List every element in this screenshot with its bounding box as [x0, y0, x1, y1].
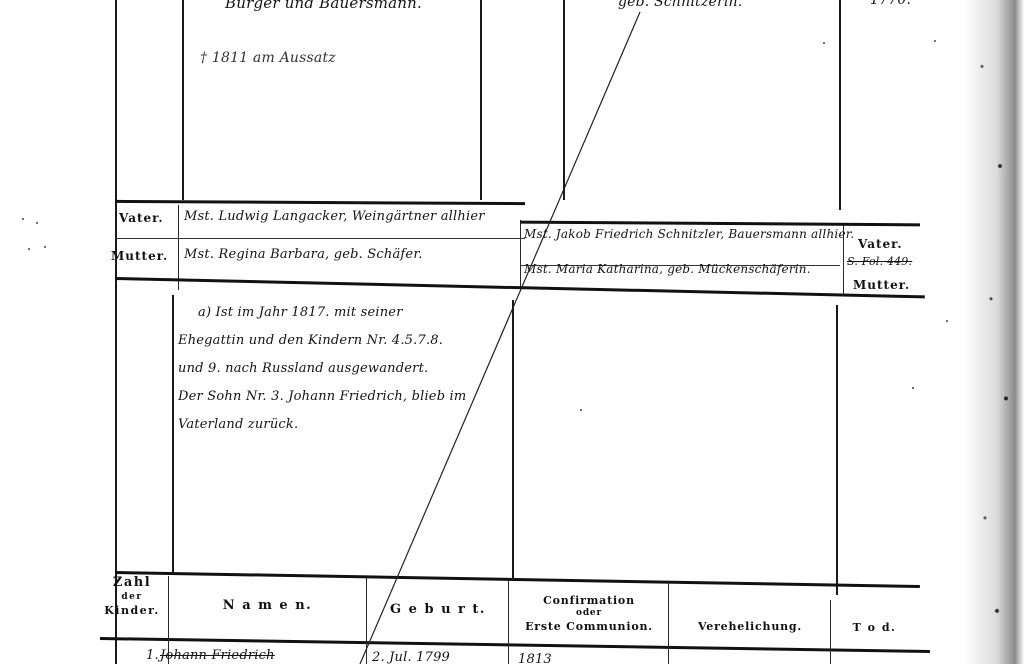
- vater-value-left: Mst. Ludwig Langacker, Weingärtner allhi…: [184, 209, 485, 224]
- header-number-line2: der: [100, 590, 164, 604]
- wife-column-line: geb. Schnitzerin.: [618, 0, 742, 10]
- diagonal-cancel-line: [0, 0, 1024, 664]
- death-note: † 1811 am Aussatz: [200, 50, 336, 66]
- mutter-label-left: Mutter.: [111, 249, 168, 263]
- mutter-label-right: Mutter.: [853, 278, 910, 292]
- remark-line-1: a) Ist im Jahr 1817. mit seiner: [198, 305, 403, 320]
- scan-speck: [580, 409, 582, 411]
- header-divider-4: [668, 582, 669, 664]
- remark-line-2: Ehegattin und den Kindern Nr. 4.5.7.8.: [178, 333, 443, 348]
- header-confirmation: Confirmation oder Erste Communion.: [510, 594, 668, 633]
- mutter-value-left: Mst. Regina Barbara, geb. Schäfer.: [184, 247, 423, 262]
- remark-line-5: Vaterland zurück.: [178, 417, 298, 432]
- header-number-line3: Kinder.: [100, 604, 164, 618]
- header-confirmation-line2: oder: [510, 607, 668, 620]
- scan-speck: [44, 246, 46, 248]
- remark-line-4: Der Sohn Nr. 3. Johann Friedrich, blieb …: [178, 389, 466, 404]
- header-divider-3: [508, 580, 509, 664]
- header-divider-5: [830, 600, 831, 664]
- page-edge-shadow: [964, 0, 1024, 664]
- vater-value-right: Mst. Jakob Friedrich Schnitzler, Bauersm…: [524, 227, 854, 241]
- occupation-line: Bürger und Bauersmann.: [225, 0, 422, 12]
- remark-line-3: und 9. nach Russland ausgewandert.: [178, 361, 428, 376]
- vater-label-right: Vater.: [858, 237, 903, 251]
- header-names: N a m e n.: [170, 598, 365, 613]
- child-1-number: 1.: [146, 648, 159, 663]
- mutter-value-right: Mst. Maria Katharina, geb. Mückenschäfer…: [524, 262, 811, 276]
- header-death: T o d.: [832, 621, 917, 634]
- child-1-name: Johann Friedrich: [160, 648, 275, 663]
- scan-speck: [36, 222, 38, 224]
- header-divider-2: [366, 578, 367, 664]
- scan-speck: [934, 40, 936, 42]
- header-number: Zahl der Kinder.: [100, 576, 164, 618]
- scan-speck: [823, 42, 825, 44]
- header-confirmation-line3: Erste Communion.: [510, 620, 668, 633]
- child-1-birth: 2. Jul. 1799: [372, 650, 450, 664]
- header-birth: G e b u r t.: [368, 602, 508, 617]
- child-1-confirmation: 1813: [518, 652, 552, 664]
- header-marriage: Verehelichung.: [670, 620, 830, 633]
- scan-speck: [946, 320, 948, 322]
- register-page: Bürger und Bauersmann. † 1811 am Aussatz…: [0, 0, 1024, 664]
- vater-label-left: Vater.: [119, 211, 164, 225]
- folio-reference: S. Fol. 449.: [847, 255, 912, 268]
- header-confirmation-line1: Confirmation: [510, 594, 668, 607]
- scan-speck: [912, 387, 914, 389]
- year-fragment: 1770.: [870, 0, 911, 8]
- header-number-line1: Zahl: [100, 576, 164, 590]
- scan-speck: [28, 248, 30, 250]
- scan-speck: [22, 218, 24, 220]
